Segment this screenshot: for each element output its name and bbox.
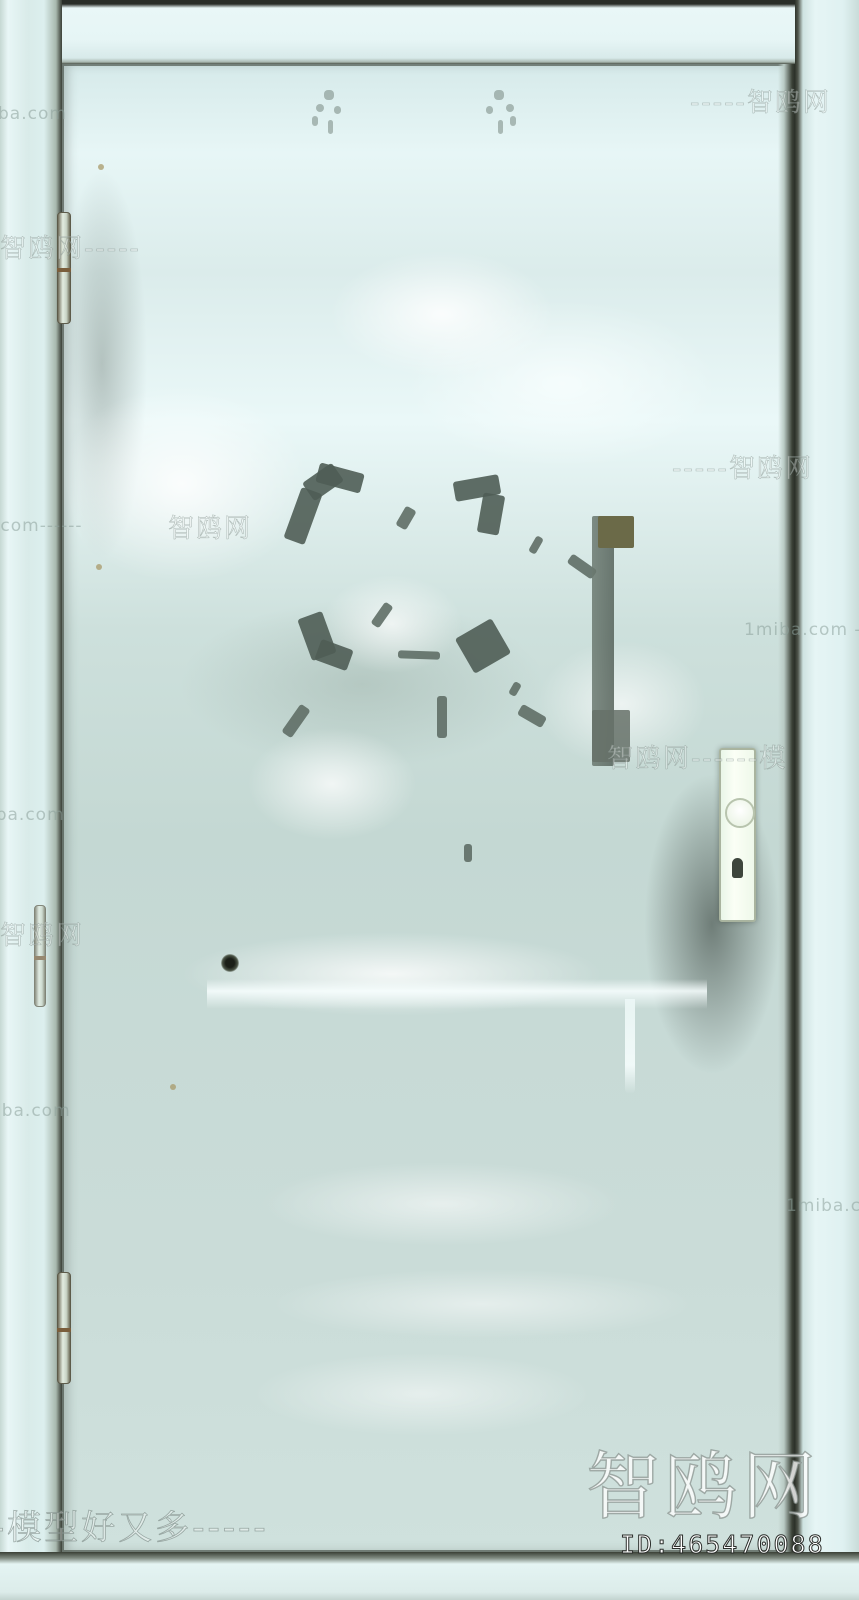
watermark-domain: 1miba.com -: [744, 620, 859, 640]
rust-spot: [96, 564, 102, 570]
watermark-domain: iba.com: [0, 805, 65, 825]
watermark-site: -----智鸥网: [690, 82, 831, 119]
door-knob[interactable]: [725, 798, 755, 828]
watermark-site: 智鸥网: [0, 915, 84, 952]
watermark-slogan: -模型好又多-----: [0, 1500, 269, 1549]
watermark-site: 智鸥网-----: [0, 228, 141, 265]
door-frame-right: [795, 0, 859, 1600]
door-leaf: [62, 64, 795, 1552]
watermark-domain: iba.com: [0, 1101, 71, 1121]
rust-spot: [170, 1084, 176, 1090]
bolt-hole: [221, 954, 239, 972]
hinge-bottom: [57, 1272, 71, 1384]
stencil-ornament-right: [480, 86, 520, 136]
watermark-domain: ba.com: [0, 104, 67, 124]
paint-drip: [625, 999, 635, 1094]
watermark-logo: 智鸥网: [586, 1428, 820, 1534]
door-photo: ba.com -----智鸥网 智鸥网----- -----智鸥网 .com--…: [0, 0, 859, 1600]
door-frame-bottom: [0, 1552, 859, 1600]
watermark-site: -----智鸥网: [672, 448, 813, 485]
watermark-site: 智鸥网: [168, 508, 252, 545]
watermark-domain: .com------: [0, 516, 83, 536]
door-leaf-edge: [778, 64, 795, 1552]
stencil-ornament-left: [310, 86, 350, 136]
door-frame-top: [0, 0, 859, 64]
keyhole-icon: [732, 858, 743, 878]
watermark-id: ID:465470088: [620, 1530, 825, 1559]
watermark-domain: 1miba.com: [786, 1196, 859, 1216]
old-handle-mark-cap: [598, 516, 634, 548]
watermark-site: 智鸥网------模: [607, 738, 787, 775]
rust-spot: [98, 164, 104, 170]
